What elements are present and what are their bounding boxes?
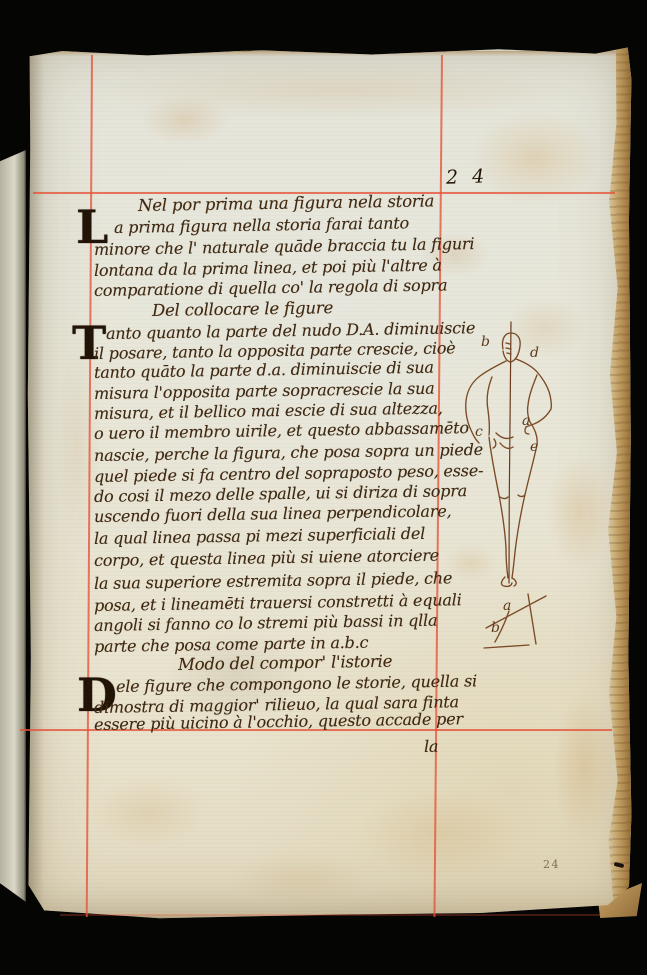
chapter-heading: Del collocare le figure xyxy=(152,298,333,320)
figure-drawing: b d c a e a b xyxy=(450,315,570,665)
folio-number-printed: 24 xyxy=(543,858,560,871)
folio-number-handwritten: 2 4 xyxy=(446,165,489,188)
catchword: la xyxy=(424,737,439,756)
diagram-label-a: a xyxy=(503,598,511,614)
diagram-label-b: b xyxy=(491,620,500,636)
figure-left-arm xyxy=(466,361,506,443)
manuscript-text-line: tanto quāto la parte d.a. diminuiscie di… xyxy=(94,358,434,382)
diagram-baseline xyxy=(484,645,529,648)
figure-label-e: e xyxy=(530,439,538,455)
figure-label-a: a xyxy=(522,413,530,429)
figure-label-b: b xyxy=(481,334,490,350)
figure-left-side xyxy=(487,377,492,435)
figure-label-c: c xyxy=(475,424,483,440)
chapter-heading: Modo del compor' l'istorie xyxy=(178,652,393,674)
manuscript-text-line: corpo, et questa linea più si uiene ator… xyxy=(94,546,439,570)
figure-right-leg xyxy=(512,445,537,578)
chapter-heading: Nel por prima una figura nela storia xyxy=(138,191,435,215)
photograph-black-backdrop: { "colors":{ "background":"#050504", "pa… xyxy=(0,0,647,975)
figure-label-d: d xyxy=(530,345,539,361)
manuscript-text-line: angoli si fanno co lo stremi più bassi i… xyxy=(94,611,438,635)
manuscript-text-line: a prima figura nella storia farai tanto xyxy=(114,213,409,237)
manuscript-text-line: la sua superiore estremita sopra il pied… xyxy=(94,568,452,593)
manuscript-text-line: la qual linea passa pi mezi superficiali… xyxy=(94,524,425,548)
figure-left-leg xyxy=(489,437,508,578)
figure-knee-marks xyxy=(500,495,525,499)
